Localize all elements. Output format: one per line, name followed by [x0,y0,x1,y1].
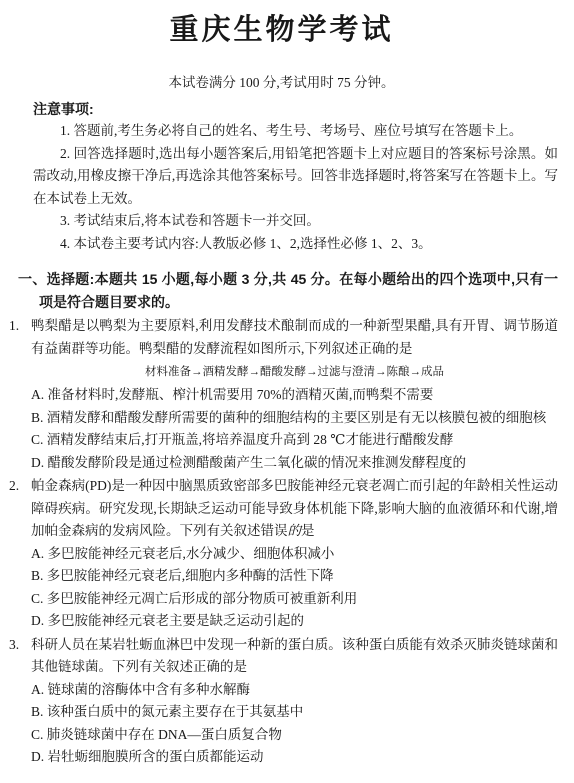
question-3-stem-text: 科研人员在某岩牡蛎血淋巴中发现一种新的蛋白质。该种蛋白质能有效杀灭肺炎链球菌和其… [31,637,558,675]
notice-section: 注意事项: 1. 答题前,考生务必将自己的姓名、考生号、考场号、座位号填写在答题… [33,98,558,256]
question-3: 3. 科研人员在某岩牡蛎血淋巴中发现一种新的蛋白质。该种蛋白质能有效杀灭肺炎链球… [5,634,558,769]
notice-item-1: 1. 答题前,考生务必将自己的姓名、考生号、考场号、座位号填写在答题卡上。 [33,120,558,143]
question-1-number: 1. [9,315,19,338]
notice-item-2: 2. 回答选择题时,选出每小题答案后,用铅笔把答题卡上对应题目的答案标号涂黑。如… [33,143,558,211]
question-2: 2. 帕金森病(PD)是一种因中脑黑质致密部多巴胺能神经元衰老凋亡而引起的年龄相… [5,475,558,633]
question-2-option-d: D. 多巴胺能神经元衰老主要是缺乏运动引起的 [31,610,558,633]
question-1-option-d: D. 醋酸发酵阶段是通过检测醋酸菌产生二氧化碳的情况来推测发酵程度的 [31,452,558,475]
section-heading: 一、选择题:本题共 15 小题,每小题 3 分,共 45 分。在每小题给出的四个… [5,268,558,313]
question-1-flow-diagram: 材料准备→酒精发酵→醋酸发酵→过滤与澄清→陈酿→成品 [31,362,558,382]
question-2-number: 2. [9,475,19,498]
question-3-stem: 科研人员在某岩牡蛎血淋巴中发现一种新的蛋白质。该种蛋白质能有效杀灭肺炎链球菌和其… [31,634,558,679]
question-1-option-a: A. 准备材料时,发酵瓶、榨汁机需要用 70%的酒精灭菌,而鸭梨不需要 [31,384,558,407]
question-2-option-c: C. 多巴胺能神经元凋亡后形成的部分物质可被重新利用 [31,588,558,611]
notice-item-4: 4. 本试卷主要考试内容:人教版必修 1、2,选择性必修 1、2、3。 [33,233,558,256]
exam-paper: 重庆生物学考试 本试卷满分 100 分,考试用时 75 分钟。 注意事项: 1.… [0,0,574,769]
question-3-option-a: A. 链球菌的溶酶体中含有多种水解酶 [31,679,558,702]
notice-item-3: 3. 考试结束后,将本试卷和答题卡一并交回。 [33,210,558,233]
question-2-stem-emph: 的 [288,523,302,538]
question-1-option-b: B. 酒精发酵和醋酸发酵所需要的菌种的细胞结构的主要区别是有无以核膜包被的细胞核 [31,407,558,430]
exam-subtitle: 本试卷满分 100 分,考试用时 75 分钟。 [5,72,558,95]
page-title: 重庆生物学考试 [5,12,558,48]
question-1: 1. 鸭梨醋是以鸭梨为主要原料,利用发酵技术酿制而成的一种新型果醋,具有开胃、调… [5,315,558,474]
question-3-number: 3. [9,634,19,657]
question-2-stem-tail: 是 [301,523,315,538]
question-2-option-b: B. 多巴胺能神经元衰老后,细胞内多种酶的活性下降 [31,565,558,588]
question-1-option-c: C. 酒精发酵结束后,打开瓶盖,将培养温度升高到 28 ℃才能进行醋酸发酵 [31,429,558,452]
notice-heading: 注意事项: [33,98,558,121]
question-3-option-b: B. 该种蛋白质中的氮元素主要存在于其氨基中 [31,701,558,724]
question-1-stem: 鸭梨醋是以鸭梨为主要原料,利用发酵技术酿制而成的一种新型果醋,具有开胃、调节肠道… [31,315,558,360]
question-3-option-d: D. 岩牡蛎细胞膜所含的蛋白质都能运动 [31,746,558,769]
question-3-option-c: C. 肺炎链球菌中存在 DNA—蛋白质复合物 [31,724,558,747]
question-2-option-a: A. 多巴胺能神经元衰老后,水分减少、细胞体积减小 [31,543,558,566]
question-2-stem: 帕金森病(PD)是一种因中脑黑质致密部多巴胺能神经元衰老凋亡而引起的年龄相关性运… [31,475,558,543]
question-1-stem-text: 鸭梨醋是以鸭梨为主要原料,利用发酵技术酿制而成的一种新型果醋,具有开胃、调节肠道… [31,318,558,356]
